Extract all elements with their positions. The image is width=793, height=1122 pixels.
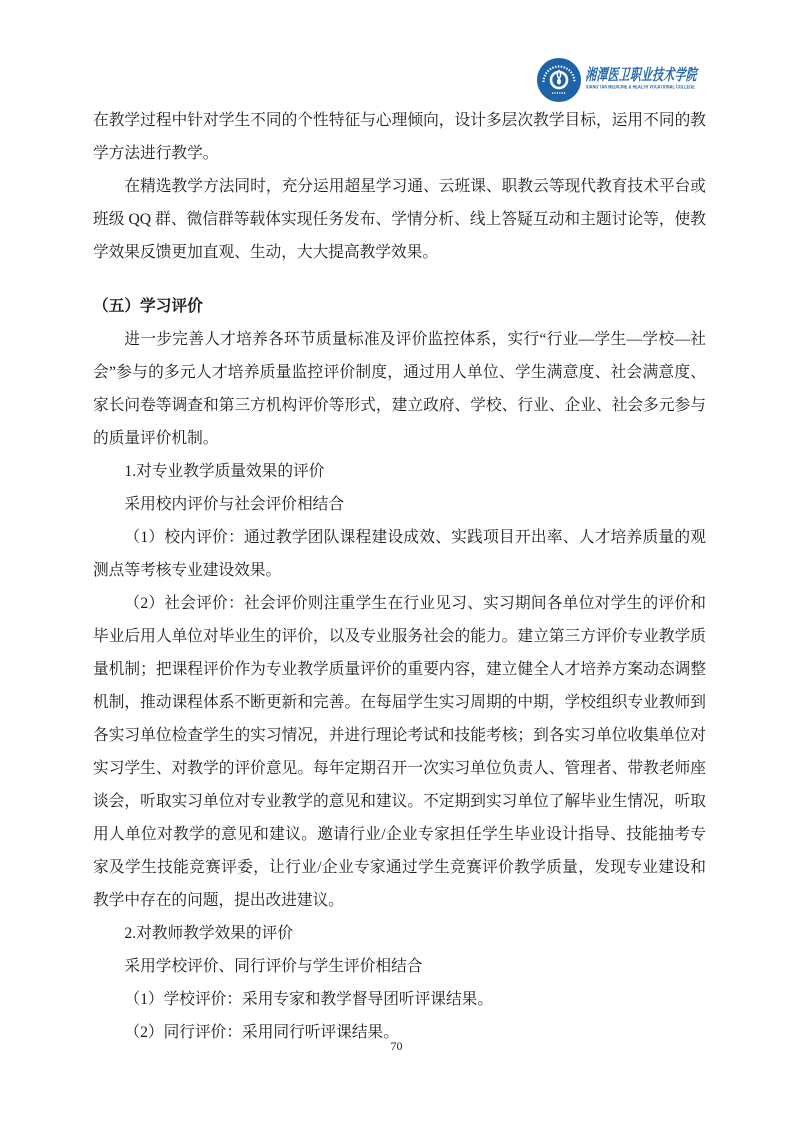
paragraph: 采用学校评价、同行评价与学生评价相结合	[93, 950, 706, 983]
page-number: 70	[0, 1039, 793, 1054]
college-name-english: XIANG'TAN MEDICINE & HEALTH VOCATIONAL C…	[586, 85, 695, 90]
list-item-sub: （1）校内评价：通过教学团队课程建设成效、实践项目开出率、人才培养质量的观测点等…	[93, 521, 706, 587]
paragraph: 在精选教学方法同时，充分运用超星学习通、云班课、职教云等现代教育技术平台或班级 …	[93, 170, 706, 269]
college-name-chinese: 湘潭医卫职业技术学院	[585, 63, 698, 85]
list-item-numbered: 2.对教师教学效果的评价	[93, 917, 706, 950]
college-logo: 湘潭医卫职业技术学院 XIANG'TAN MEDICINE & HEALTH V…	[537, 57, 707, 105]
list-item-sub: （1）学校评价：采用专家和教学督导团听评课结果。	[93, 983, 706, 1016]
paragraph: 进一步完善人才培养各环节质量标准及评价监控体系，实行“行业—学生—学校—社会”参…	[93, 323, 706, 455]
document-body: 在教学过程中针对学生不同的个性特征与心理倾向，设计多层次教学目标，运用不同的教学…	[93, 104, 706, 1049]
section-heading: （五）学习评价	[93, 290, 706, 323]
document-page: 湘潭医卫职业技术学院 XIANG'TAN MEDICINE & HEALTH V…	[0, 0, 793, 1122]
list-item-numbered: 1.对专业教学质量效果的评价	[93, 455, 706, 488]
college-logo-icon	[537, 58, 581, 102]
list-item-sub: （2）社会评价：社会评价则注重学生在行业见习、实习期间各单位对学生的评价和毕业后…	[93, 587, 706, 917]
paragraph: 在教学过程中针对学生不同的个性特征与心理倾向，设计多层次教学目标，运用不同的教学…	[93, 104, 706, 170]
college-logo-text: 湘潭医卫职业技术学院 XIANG'TAN MEDICINE & HEALTH V…	[586, 63, 706, 103]
paragraph: 采用校内评价与社会评价相结合	[93, 488, 706, 521]
